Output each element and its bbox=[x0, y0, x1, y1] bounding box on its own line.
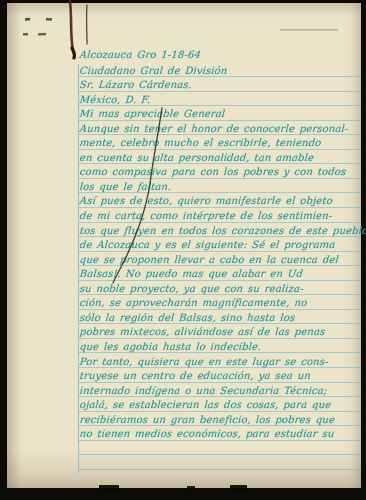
photographed-letter-page: Alcozauca Gro 1-18-64Ciudadano Gral de D… bbox=[0, 0, 366, 500]
body-line: los que le faltan. bbox=[79, 181, 360, 195]
body-line: pobres mixtecos, aliviándose así de las … bbox=[79, 326, 360, 340]
recipient-line: México, D. F. bbox=[79, 94, 360, 108]
body-line: Aunque sin tener el honor de conocerle p… bbox=[79, 123, 360, 137]
body-line: de mi carta, como intérprete de los sent… bbox=[79, 210, 360, 224]
ruled-line bbox=[78, 454, 361, 455]
ruled-line bbox=[78, 469, 361, 470]
body-line: que se proponen llevar a cabo en la cuen… bbox=[79, 254, 360, 268]
body-line: no tienen medios económicos, para estudi… bbox=[79, 428, 360, 442]
body-line: sólo la región del Balsas, sino hasta lo… bbox=[79, 312, 360, 326]
letter-paper: Alcozauca Gro 1-18-64Ciudadano Gral de D… bbox=[7, 3, 361, 488]
body-line: mente, celebro mucho el escribirle, teni… bbox=[79, 137, 360, 151]
body-line: recibiéramos un gran beneficio, los pobr… bbox=[79, 414, 360, 428]
body-line: Así pues de esto, quiero manifestarle el… bbox=[79, 195, 360, 209]
salutation-line: Mi mas apreciable General bbox=[79, 108, 360, 122]
body-line: internado indígena o una Secundaria Técn… bbox=[79, 385, 360, 399]
body-line: en cuenta su alta personalidad, tan amab… bbox=[79, 152, 360, 166]
body-line: Balsas!. No puedo mas que alabar en Ud bbox=[79, 268, 360, 282]
body-line: ojalá, se establecieran las dos cosas, p… bbox=[79, 399, 360, 413]
body-line: como compasiva para con los pobres y con… bbox=[79, 166, 360, 180]
recipient-line: Sr. Lázaro Cárdenas. bbox=[79, 79, 360, 93]
date-line: Alcozauca Gro 1-18-64 bbox=[79, 49, 360, 63]
body-line: de Alcozauca y es el siguiente: Sé el pr… bbox=[79, 239, 360, 253]
body-line: tos que fluyen en todos los corazones de… bbox=[79, 225, 360, 239]
body-line: que les agobia hasta lo indecible. bbox=[79, 341, 360, 355]
body-line: truyese un centro de educación, ya sea u… bbox=[79, 370, 360, 384]
body-line: su noble proyecto, ya que con su realiza… bbox=[79, 283, 360, 297]
recipient-line: Ciudadano Gral de División bbox=[79, 65, 360, 79]
body-line: Por tanto, quisiera que en este lugar se… bbox=[79, 356, 360, 370]
body-line: ción, se aprovecharán magníficamente, no bbox=[79, 297, 360, 311]
